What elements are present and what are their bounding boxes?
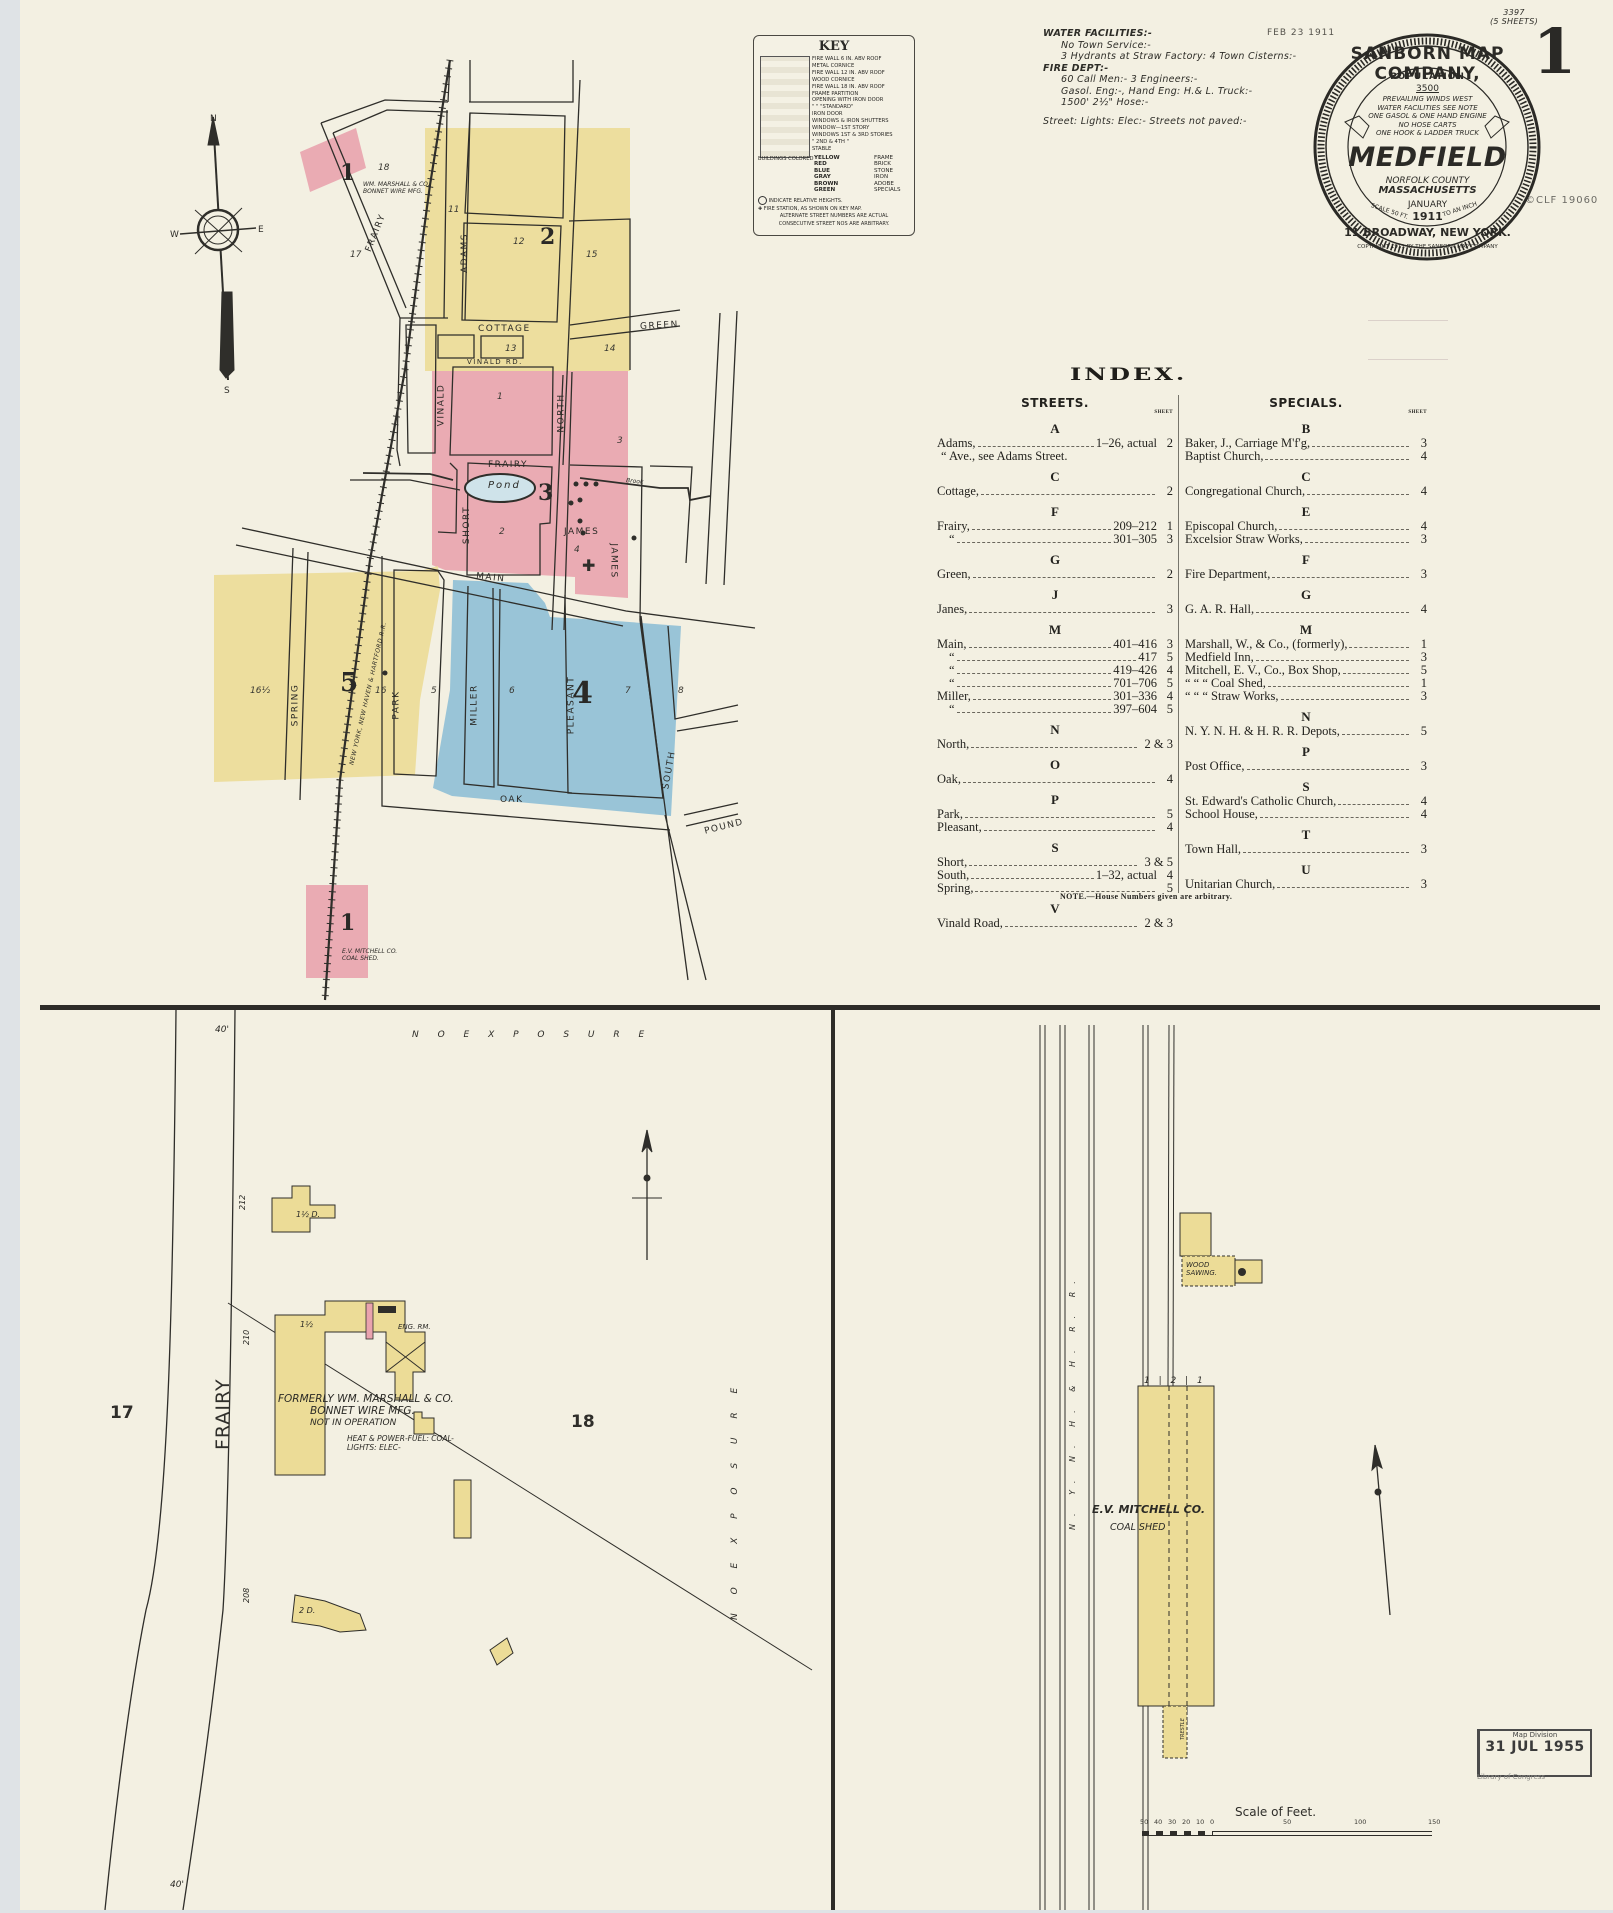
index-entry: Oak,4 — [937, 773, 1173, 786]
fire-station-icon: ✚ — [582, 556, 595, 575]
entry-name: Fire Department, — [1185, 568, 1270, 581]
entry-name: Vinald Road, — [937, 917, 1003, 930]
entry-name: Cottage, — [937, 485, 979, 498]
street-vinald-rd: VINALD RD. — [467, 358, 523, 366]
entry-range: 1–26, actual — [1096, 437, 1157, 450]
dwelling-1-label: 1½ D. — [296, 1210, 320, 1219]
sheet-3-marker: 3 — [538, 480, 553, 506]
house-number: 210 — [242, 1330, 251, 1345]
entry-sheet: 3 — [1411, 878, 1427, 891]
leader-dots — [1312, 446, 1409, 447]
street-north: NORTH — [557, 393, 567, 432]
entry-name: N. Y. N. H. & H. R. R. Depots, — [1185, 725, 1340, 738]
block-number: 11 — [448, 205, 459, 215]
marshall-name: FORMERLY WM. MARSHALL & CO. — [278, 1393, 538, 1405]
story-label: 1½ — [300, 1320, 313, 1329]
entry-name: Spring, — [937, 882, 973, 895]
block-number: 14 — [604, 344, 615, 354]
entry-sheet: 2 — [1157, 437, 1173, 450]
index-letter: V — [937, 901, 1173, 917]
index-entry: G. A. R. Hall,4 — [1185, 603, 1427, 616]
index-letter: C — [937, 469, 1173, 485]
entry-range: 401–416 — [1113, 638, 1157, 651]
story-labels: 1 | 2 | 1 — [1144, 1376, 1206, 1386]
map-sheet: WATER FACILITIES:- No Town Service:- 3 H… — [20, 0, 1613, 1910]
entry-name: G. A. R. Hall, — [1185, 603, 1254, 616]
wood-sawing-label: WOOD SAWING. — [1186, 1261, 1226, 1277]
index-entry: South,1–32, actual4 — [937, 869, 1173, 882]
block-18: 18 — [571, 1412, 595, 1432]
scale-tick: 150 — [1428, 1818, 1440, 1826]
index-entry: Congregational Church,4 — [1185, 485, 1427, 498]
street-frairy-detail: FRAIRY — [212, 1378, 234, 1450]
scale-tick: 20 — [1182, 1818, 1190, 1826]
block-number: 1 — [497, 392, 503, 402]
entry-name: Miller, — [937, 690, 971, 703]
entry-sheet: 1 — [1411, 677, 1427, 690]
entry-sheet: 4 — [1157, 821, 1173, 834]
index-entry: “419–4264 — [937, 664, 1173, 677]
key-footnotes: INDICATE RELATIVE HEIGHTS. ✚ FIRE STATIO… — [758, 196, 910, 228]
key-line: STABLE — [812, 146, 893, 153]
marshall-label: FORMERLY WM. MARSHALL & CO. BONNET WIRE … — [278, 1393, 538, 1429]
seal-note: WATER FACILITIES SEE NOTE — [1310, 104, 1545, 113]
key-material: SPECIALS — [874, 187, 901, 193]
entry-sheet: 2 — [1157, 485, 1173, 498]
entry-sheet: 4 — [1411, 603, 1427, 616]
block-number: 5 — [431, 686, 437, 696]
entry-name: Town Hall, — [1185, 843, 1241, 856]
sheet-4-marker: 4 — [572, 676, 593, 711]
entry-range: 209–212 — [1113, 520, 1157, 533]
entry-sheet: 3 — [1411, 843, 1427, 856]
entry-sheet: 4 — [1157, 664, 1173, 677]
entry-name: Adams, — [937, 437, 976, 450]
catalog-note: 3397 — [1490, 8, 1538, 17]
entry-name: Medfield Inn, — [1185, 651, 1254, 664]
key-line: WINDOWS 1ST & 3RD STORIES — [812, 132, 893, 139]
block-number: 7 — [625, 686, 631, 696]
entry-name: Green, — [937, 568, 971, 581]
street-cottage: COTTAGE — [478, 324, 531, 334]
index-entry: Pleasant,4 — [937, 821, 1173, 834]
leader-dots — [1243, 852, 1409, 853]
key-color: GREEN — [814, 187, 862, 193]
entry-name: Janes, — [937, 603, 967, 616]
specials-list: BBaker, J., Carriage M'f'g,3Baptist Chur… — [1185, 421, 1427, 891]
exposure-right: N O E X P O S U R E — [730, 1380, 740, 1620]
seal-town: MEDFIELD — [1310, 142, 1545, 173]
sanborn-seal: SANBORN MAP COMPANY, POPULATION 3500 PRE… — [1310, 30, 1545, 265]
entry-name: Post Office, — [1185, 760, 1245, 773]
entry-range: 417 — [1138, 651, 1157, 664]
svg-text:E: E — [258, 225, 264, 235]
entry-sheet: 2 & 3 — [1139, 738, 1173, 751]
entry-sheet: 3 — [1157, 533, 1173, 546]
stamp-line3: Library of Congress — [1477, 1773, 1545, 1781]
street-note: Street: Lights: Elec:- Streets not paved… — [1043, 116, 1343, 128]
block-number: 4 — [574, 545, 580, 555]
entry-name: Marshall, W., & Co., (formerly), — [1185, 638, 1347, 651]
water-line: 3 Hydrants at Straw Factory: 4 Town Cist… — [1043, 51, 1343, 63]
svg-text:N: N — [210, 114, 217, 124]
index-letter: F — [1185, 552, 1427, 568]
entry-name: Baptist Church, — [1185, 450, 1263, 463]
street-width-bottom: 40' — [170, 1880, 184, 1890]
leader-dots — [1277, 887, 1409, 888]
marshall-sub: BONNET WIRE MFG. — [278, 1405, 538, 1417]
index-letter: O — [937, 757, 1173, 773]
leader-dots — [957, 660, 1137, 661]
seal-address: 11 BROADWAY, NEW YORK. — [1310, 226, 1545, 239]
entry-name: South, — [937, 869, 969, 882]
seal-year: 1911 — [1310, 210, 1545, 223]
seal-population-label: POPULATION — [1310, 72, 1545, 82]
index-letter: F — [937, 504, 1173, 520]
leader-dots — [1307, 494, 1409, 495]
entry-range: 419–426 — [1113, 664, 1157, 677]
leader-dots — [1281, 699, 1409, 700]
mitchell-company: E.V. MITCHELL CO. — [1092, 1503, 1205, 1516]
seal-note: ONE HOOK & LADDER TRUCK — [1310, 129, 1545, 138]
street-green: GREEN — [640, 320, 679, 332]
entry-sheet: 4 — [1157, 690, 1173, 703]
index-entry: Main,401–4163 — [937, 638, 1173, 651]
entry-range: 301–336 — [1113, 690, 1157, 703]
leader-dots — [1338, 804, 1409, 805]
entry-range: 397–604 — [1113, 703, 1157, 716]
seal-population: 3500 — [1310, 84, 1545, 94]
entry-sheet: 5 — [1157, 703, 1173, 716]
street-spring: SPRING — [290, 684, 300, 727]
house-number: 212 — [238, 1195, 247, 1210]
index-entry: Cottage,2 — [937, 485, 1173, 498]
street-park: PARK — [392, 690, 402, 719]
entry-sheet: 3 — [1411, 437, 1427, 450]
house-number: 208 — [242, 1588, 251, 1603]
utility-notes: HEAT & POWER-FUEL: COAL- LIGHTS: ELEC- — [347, 1434, 454, 1452]
scale-tick: 50 — [1283, 1818, 1291, 1826]
index-entry: Excelsior Straw Works,3 — [1185, 533, 1427, 546]
water-line: No Town Service:- — [1043, 40, 1343, 52]
leader-dots — [981, 494, 1155, 495]
faint-stamp — [1368, 320, 1448, 360]
block-number: 17 — [350, 250, 361, 260]
leader-dots — [1260, 817, 1409, 818]
seal-note: PREVAILING WINDS WEST — [1310, 95, 1545, 104]
sheet-1-area — [300, 128, 366, 192]
sheet-1b-label: E.V. MITCHELL CO. COAL SHED. — [342, 948, 412, 962]
leader-dots — [978, 446, 1094, 447]
block-number: 18 — [378, 163, 389, 173]
scale-tick: 30 — [1168, 1818, 1176, 1826]
index-entry: Short,3 & 5 — [937, 856, 1173, 869]
index-letter: M — [1185, 622, 1427, 638]
key-line: " 2ND & 4TH " — [812, 139, 893, 146]
exposure-top: N O E X P O S U R E — [412, 1030, 652, 1040]
leader-dots — [957, 712, 1112, 713]
heat-note: HEAT & POWER-FUEL: COAL- — [347, 1434, 454, 1443]
north-arrow-icon — [632, 1130, 662, 1260]
entry-sheet: 5 — [1411, 725, 1427, 738]
leader-dots — [1005, 926, 1137, 927]
entry-name: Main, — [937, 638, 967, 651]
railroad-label: N. Y. N. H. & H. R. R. — [1068, 1273, 1077, 1530]
entry-sheet: 4 — [1411, 795, 1427, 808]
leader-dots — [971, 747, 1137, 748]
index-letter: N — [937, 722, 1173, 738]
entry-range: 301–305 — [1113, 533, 1157, 546]
index-entry: Janes,3 — [937, 603, 1173, 616]
entry-sheet: 3 — [1411, 651, 1427, 664]
index-entry: “4175 — [937, 651, 1173, 664]
street-james-2: JAMES — [609, 543, 619, 578]
stamp-line: Map Division — [1480, 1731, 1590, 1739]
index-entry: “397–6045 — [937, 703, 1173, 716]
entry-sheet: 5 — [1411, 664, 1427, 677]
seal-state: MASSACHUSETTS — [1310, 186, 1545, 196]
entry-sheet: 3 — [1411, 568, 1427, 581]
leader-dots — [1349, 647, 1409, 648]
index-entry: Miller,301–3364 — [937, 690, 1173, 703]
entry-sheet: 4 — [1157, 869, 1173, 882]
entry-name: Congregational Church, — [1185, 485, 1305, 498]
entry-name: Excelsior Straw Works, — [1185, 533, 1303, 546]
index-letter: U — [1185, 862, 1427, 878]
entry-range: 701–706 — [1113, 677, 1157, 690]
entry-sheet: 2 & 3 — [1139, 917, 1173, 930]
key-map: ✚ N S E W — [20, 0, 780, 1010]
index-letter: G — [1185, 587, 1427, 603]
street-adams: ADAMS — [460, 233, 470, 273]
entry-name: School House, — [1185, 808, 1258, 821]
index-entry: Frairy,209–2121 — [937, 520, 1173, 533]
seal-note: NO HOSE CARTS — [1310, 121, 1545, 130]
index-letter: J — [937, 587, 1173, 603]
leader-dots — [957, 686, 1112, 687]
entry-sheet: 4 — [1411, 520, 1427, 533]
key-lines: FIRE WALL 6 IN. ABV ROOF METAL CORNICE F… — [812, 56, 893, 153]
index-letter: B — [1185, 421, 1427, 437]
leader-dots — [1247, 769, 1410, 770]
street-width-top: 40' — [215, 1025, 229, 1035]
entry-name: “ “ “ Coal Shed, — [1185, 677, 1266, 690]
leader-dots — [972, 529, 1111, 530]
index-letter: C — [1185, 469, 1427, 485]
block-17: 17 — [110, 1403, 134, 1423]
svg-text:S: S — [224, 386, 230, 396]
leader-dots — [1343, 673, 1409, 674]
key-line: WINDOWS & IRON SHUTTERS — [812, 118, 893, 125]
entry-sheet: 4 — [1411, 808, 1427, 821]
index-entry: Baptist Church,4 — [1185, 450, 1427, 463]
leader-dots — [1279, 529, 1409, 530]
street-short: SHORT — [462, 506, 472, 544]
key-consecutive-note: CONSECUTIVE STREET NOS ARE ARBITRARY. — [758, 221, 910, 229]
streets-list: AAdams,1–26, actual2“ Ave., see Adams St… — [937, 421, 1173, 930]
index-entry: School House,4 — [1185, 808, 1427, 821]
leader-dots — [963, 782, 1155, 783]
index-entry: Vinald Road,2 & 3 — [937, 917, 1173, 930]
block-number: 3 — [617, 436, 623, 446]
leader-dots — [1265, 459, 1409, 460]
street-james: JAMES — [564, 527, 599, 537]
entry-range: 1–32, actual — [1096, 869, 1157, 882]
seal-copyright: COPYRIGHT 1911 BY THE SANBORN MAP COMPAN… — [1310, 244, 1545, 250]
key-line: FIRE WALL 6 IN. ABV ROOF — [812, 56, 893, 63]
leader-dots — [1305, 542, 1409, 543]
fire-title: FIRE DEPT:- — [1043, 63, 1343, 75]
seal-note: ONE GASOL & ONE HAND ENGINE — [1310, 112, 1545, 121]
entry-sheet: 4 — [1411, 450, 1427, 463]
eng-room-label: ENG. RM. — [398, 1323, 431, 1331]
key-line: OPENING WITH IRON DOOR — [812, 97, 893, 104]
block-number: 6 — [509, 686, 515, 696]
entry-sheet: 3 — [1411, 533, 1427, 546]
index-entry: N. Y. N. H. & H. R. R. Depots,5 — [1185, 725, 1427, 738]
index-entry: Unitarian Church,3 — [1185, 878, 1427, 891]
entry-sheet: 3 — [1411, 760, 1427, 773]
block-number: 13 — [505, 344, 516, 354]
index-entry: Fire Department,3 — [1185, 568, 1427, 581]
street-oak: OAK — [500, 795, 523, 805]
entry-name: Baker, J., Carriage M'f'g, — [1185, 437, 1310, 450]
marshall-status: NOT IN OPERATION — [278, 1417, 538, 1429]
key-line: IRON DOOR — [812, 111, 893, 118]
index-specials: SPECIALS. SHEET BBaker, J., Carriage M'f… — [1185, 396, 1427, 891]
entry-name: Episcopal Church, — [1185, 520, 1277, 533]
key-line: FRAME PARTITION — [812, 91, 893, 98]
entry-sheet: 5 — [1157, 808, 1173, 821]
stamp-date: 31 JUL 1955 — [1480, 1739, 1590, 1755]
index-letter: P — [1185, 744, 1427, 760]
sheet-1-label: WM. MARSHALL & CO. BONNET WIRE MFG. — [363, 181, 443, 195]
seal-location: NORFOLK COUNTY MASSACHUSETTS — [1310, 176, 1545, 196]
fire-line: 1500' 2½" Hose:- — [1043, 97, 1343, 109]
sheet-5-marker: 5 — [340, 668, 358, 698]
leader-dots — [1272, 577, 1409, 578]
index-letter: T — [1185, 827, 1427, 843]
key-line: FIRE WALL 18 IN. ABV ROOF — [812, 84, 893, 91]
trestle-label: TRESTLE — [1180, 1718, 1186, 1740]
entry-name: Unitarian Church, — [1185, 878, 1275, 891]
entry-sheet: 4 — [1157, 773, 1173, 786]
specials-heading: SPECIALS. — [1185, 396, 1427, 410]
entry-name: St. Edward's Catholic Church, — [1185, 795, 1336, 808]
streets-heading: STREETS. — [937, 396, 1173, 410]
street-frairy-2: FRAIRY — [488, 460, 528, 470]
entry-name: Short, — [937, 856, 967, 869]
sheets-count: (5 SHEETS) — [1490, 17, 1538, 26]
key-line: WOOD CORNICE — [812, 77, 893, 84]
leader-dots — [973, 577, 1155, 578]
entry-sheet: 3 — [1411, 690, 1427, 703]
leader-dots — [969, 647, 1112, 648]
entry-name: North, — [937, 738, 969, 751]
entry-sheet: 4 — [1411, 485, 1427, 498]
scale-tick: 100 — [1354, 1818, 1366, 1826]
block-number: 12 — [513, 237, 524, 247]
leader-dots — [957, 673, 1112, 674]
entry-sheet: 3 & 5 — [1139, 856, 1173, 869]
index-entry: “701–7065 — [937, 677, 1173, 690]
index-letter: A — [937, 421, 1173, 437]
street-miller: MILLER — [470, 684, 480, 725]
entry-name: Park, — [937, 808, 963, 821]
leader-dots — [971, 878, 1094, 879]
scale-bar — [1142, 1831, 1432, 1836]
fire-line: 60 Call Men:- 3 Engineers:- — [1043, 74, 1343, 86]
index-entry: Park,5 — [937, 808, 1173, 821]
fire-line: Gasol. Eng:-, Hand Eng: H.& L. Truck:- — [1043, 86, 1343, 98]
north-arrow-icon — [1372, 1445, 1390, 1615]
street-vinald: VINALD — [436, 384, 446, 427]
leader-dots — [984, 830, 1155, 831]
sheet-1-marker: 1 — [340, 160, 355, 186]
loc-stamp: Map Division 31 JUL 1955 — [1477, 1729, 1592, 1777]
index-entry: “ Ave., see Adams Street. — [937, 450, 1173, 463]
scale-tick: 40 — [1154, 1818, 1162, 1826]
notes-block: WATER FACILITIES:- No Town Service:- 3 H… — [1043, 28, 1343, 127]
index-divider — [1178, 395, 1179, 893]
leader-dots — [969, 865, 1137, 866]
leader-dots — [1342, 734, 1409, 735]
entry-sheet: 5 — [1157, 651, 1173, 664]
entry-name: “ — [937, 677, 955, 690]
key-alternate-note: ALTERNATE STREET NUMBERS ARE ACTUAL — [758, 213, 910, 221]
scale-tick: 0 — [1210, 1818, 1214, 1826]
index-entry: North,2 & 3 — [937, 738, 1173, 751]
index-entry: Green,2 — [937, 568, 1173, 581]
index-letter: S — [937, 840, 1173, 856]
pond-label: Pond — [488, 480, 521, 491]
index-entry: “301–3053 — [937, 533, 1173, 546]
index-letter: G — [937, 552, 1173, 568]
sheet-1b-marker: 1 — [340, 910, 355, 936]
compass-rose-icon — [180, 117, 256, 380]
coal-shed-label: COAL SHED — [1110, 1522, 1165, 1533]
index-entry: “ “ “ Straw Works,3 — [1185, 690, 1427, 703]
lights-note: LIGHTS: ELEC- — [347, 1443, 454, 1452]
leader-dots — [973, 699, 1111, 700]
entry-sheet: 1 — [1411, 638, 1427, 651]
leader-dots — [957, 542, 1112, 543]
scale-tick: 10 — [1196, 1818, 1204, 1826]
key-line: WINDOW—1ST STORY — [812, 125, 893, 132]
block-number: 16½ — [250, 686, 270, 696]
sheet-column-label: SHEET — [937, 410, 1173, 415]
entry-name: Oak, — [937, 773, 961, 786]
seal-month: JANUARY — [1310, 200, 1545, 210]
block-number: 16 — [375, 686, 386, 696]
entry-name: “ — [937, 703, 955, 716]
entry-sheet: 3 — [1157, 638, 1173, 651]
block-number: 2 — [499, 527, 505, 537]
index-entry: Post Office,3 — [1185, 760, 1427, 773]
detail-left-map — [20, 1010, 831, 1910]
dwelling-2-label: 2 D. — [299, 1606, 315, 1615]
leader-dots — [969, 612, 1155, 613]
key-color-list: YELLOWFRAME REDBRICK BLUESTONE GRAYIRON … — [814, 155, 901, 193]
scale-title: Scale of Feet. — [1235, 1805, 1316, 1819]
index-letter: N — [1185, 709, 1427, 725]
block-number: 15 — [586, 250, 597, 260]
scale-tick: 50 — [1140, 1818, 1148, 1826]
entry-sheet: 2 — [1157, 568, 1173, 581]
sheet-column-label: SHEET — [1185, 410, 1427, 415]
entry-sheet: 3 — [1157, 603, 1173, 616]
leader-dots — [1256, 612, 1409, 613]
